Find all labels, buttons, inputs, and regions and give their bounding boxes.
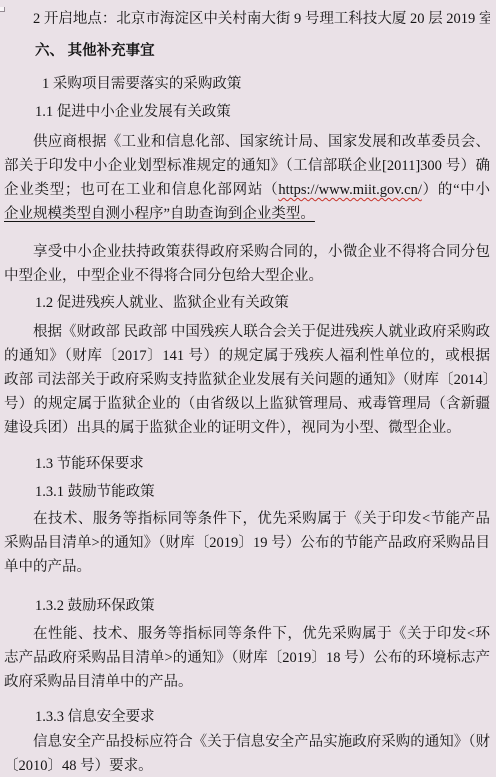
subcontracting-rule-paragraph-line: 中型企业，中型企业不得将合同分包给大型企业。	[4, 264, 490, 288]
text-run: 1.3.3 信息安全要求	[35, 709, 155, 725]
env-protection-policy-heading: 1.3.2 鼓励环保政策	[4, 594, 490, 618]
energy-saving-policy-paragraph-line: 采购品目清单>的通知》（财库〔2019〕19 号）公布的节能产品政府采购品目清	[4, 531, 490, 555]
text-run: 〔2010〕48 号）要求。	[4, 758, 153, 774]
sme-policy-heading-line: 1.1 促进中小企业发展有关政策	[4, 100, 490, 124]
text-run: 在性能、技术、服务等指标同等条件下，优先采购属于《关于印发<环境标	[4, 626, 490, 646]
energy-saving-policy-paragraph-line: 单中的产品。	[4, 555, 490, 579]
opening-location-line: 2 开启地点：北京市海淀区中关村南大街 9 号理工科技大厦 20 层 2019 …	[4, 7, 490, 31]
energy-saving-policy-heading-line: 1.3.1 鼓励节能政策	[4, 480, 490, 504]
procurement-policy-heading: 1 采购项目需要落实的采购政策	[4, 72, 490, 96]
text-run: 企业规模类型自测小程序”自助查询到企业类型。	[4, 206, 315, 222]
text-run: 的通知》（财库〔2017〕141 号）的规定属于残疾人福利性单位的，或根据《财	[4, 348, 490, 368]
info-security-paragraph-line: 信息安全产品投标应符合《关于信息安全产品实施政府采购的通知》（财库	[4, 730, 490, 754]
energy-saving-policy-paragraph-line: 在技术、服务等指标同等条件下，优先采购属于《关于印发<节能产品政府	[4, 507, 490, 531]
env-protection-policy-paragraph-line: 志产品政府采购品目清单>的通知》（财库〔2019〕18 号）公布的环境标志产品	[4, 646, 490, 670]
sme-policy-heading: 1.1 促进中小企业发展有关政策	[4, 100, 490, 124]
disabled-prison-policy-heading-line: 1.2 促进残疾人就业、监狱企业有关政策	[4, 291, 490, 315]
env-protection-policy-paragraph: 在性能、技术、服务等指标同等条件下，优先采购属于《关于印发<环境标志产品政府采购…	[4, 622, 490, 694]
sme-policy-paragraph-line: 企业规模类型自测小程序”自助查询到企业类型。	[4, 202, 490, 226]
text-run: 1.2 促进残疾人就业、监狱企业有关政策	[35, 295, 289, 311]
subcontracting-rule-paragraph: 享受中小企业扶持政策获得政府采购合同的，小微企业不得将合同分包给大中型企业，中型…	[4, 240, 490, 288]
text-run: 建设兵团）出具的属于监狱企业的证明文件），视同为小型、微型企业。	[4, 420, 461, 436]
text-run: 中型企业，中型企业不得将合同分包给大型企业。	[4, 268, 323, 284]
text-run: 根据《财政部 民政部 中国残疾人联合会关于促进残疾人就业政府采购政策	[4, 324, 490, 344]
text-run: 六、 其他补充事宜	[35, 43, 155, 59]
info-security-heading: 1.3.3 信息安全要求	[4, 705, 490, 729]
energy-saving-policy-heading: 1.3.1 鼓励节能政策	[4, 480, 490, 504]
window-corner-fragment	[0, 7, 5, 12]
text-run: 采购品目清单>的通知》（财库〔2019〕19 号）公布的节能产品政府采购品目清	[4, 535, 490, 555]
text-run: ）的“中小	[422, 182, 490, 198]
info-security-paragraph: 信息安全产品投标应符合《关于信息安全产品实施政府采购的通知》（财库〔2010〕4…	[4, 730, 490, 777]
energy-env-requirements-heading: 1.3 节能环保要求	[4, 452, 490, 476]
info-security-paragraph-line: 〔2010〕48 号）要求。	[4, 754, 490, 777]
sme-policy-paragraph-line: 部关于印发中小企业划型标准规定的通知》（工信部联企业[2011]300 号）确定	[4, 154, 490, 178]
text-run: 信息安全产品投标应符合《关于信息安全产品实施政府采购的通知》（财库	[4, 734, 490, 754]
disabled-prison-policy-heading: 1.2 促进残疾人就业、监狱企业有关政策	[4, 291, 490, 315]
disabled-prison-policy-paragraph-line: 号）的规定属于监狱企业的（由省级以上监狱管理局、戒毒管理局（含新疆生产	[4, 392, 490, 416]
env-protection-policy-paragraph-line: 在性能、技术、服务等指标同等条件下，优先采购属于《关于印发<环境标	[4, 622, 490, 646]
info-security-heading-line: 1.3.3 信息安全要求	[4, 705, 490, 729]
text-run: 单中的产品。	[4, 559, 91, 575]
text-run: 企业类型；也可在工业和信息化部网站（	[4, 182, 278, 198]
text-run: 1.3.1 鼓励节能政策	[35, 484, 155, 500]
text-run: 1.3 节能环保要求	[35, 456, 144, 472]
text-run: 享受中小企业扶持政策获得政府采购合同的，小微企业不得将合同分包给大	[4, 244, 490, 264]
text-run: 政府采购品目清单中的产品。	[4, 674, 193, 690]
text-run: 1.1 促进中小企业发展有关政策	[35, 104, 231, 120]
disabled-prison-policy-paragraph-line: 的通知》（财库〔2017〕141 号）的规定属于残疾人福利性单位的，或根据《财	[4, 344, 490, 368]
text-run: 1.3.2 鼓励环保政策	[35, 598, 155, 614]
section-heading-other-matters: 六、 其他补充事宜	[4, 39, 490, 63]
text-run: 1 采购项目需要落实的采购政策	[42, 76, 241, 92]
text-run: 政部 司法部关于政府采购支持监狱企业发展有关问题的通知》（财库〔2014〕68	[4, 372, 490, 392]
text-run: 在技术、服务等指标同等条件下，优先采购属于《关于印发<节能产品政府	[4, 511, 490, 531]
procurement-policy-heading-line: 1 采购项目需要落实的采购政策	[4, 72, 490, 96]
disabled-prison-policy-paragraph: 根据《财政部 民政部 中国残疾人联合会关于促进残疾人就业政府采购政策的通知》（财…	[4, 320, 490, 440]
document-page: 2 开启地点：北京市海淀区中关村南大街 9 号理工科技大厦 20 层 2019 …	[0, 7, 496, 777]
env-protection-policy-paragraph-line: 政府采购品目清单中的产品。	[4, 670, 490, 694]
text-run: 部关于印发中小企业划型标准规定的通知》（工信部联企业[2011]300 号）确定	[4, 158, 490, 178]
miit-url-text: https://www.miit.gov.cn/	[278, 182, 422, 198]
sme-policy-paragraph: 供应商根据《工业和信息化部、国家统计局、国家发展和改革委员会、财政部关于印发中小…	[4, 130, 490, 226]
subcontracting-rule-paragraph-line: 享受中小企业扶持政策获得政府采购合同的，小微企业不得将合同分包给大	[4, 240, 490, 264]
energy-saving-policy-paragraph: 在技术、服务等指标同等条件下，优先采购属于《关于印发<节能产品政府采购品目清单>…	[4, 507, 490, 579]
energy-env-requirements-heading-line: 1.3 节能环保要求	[4, 452, 490, 476]
sme-policy-paragraph-line: 企业类型；也可在工业和信息化部网站（https://www.miit.gov.c…	[4, 178, 490, 202]
disabled-prison-policy-paragraph-line: 根据《财政部 民政部 中国残疾人联合会关于促进残疾人就业政府采购政策	[4, 320, 490, 344]
document-body: 2 开启地点：北京市海淀区中关村南大街 9 号理工科技大厦 20 层 2019 …	[0, 7, 496, 777]
text-run: 志产品政府采购品目清单>的通知》（财库〔2019〕18 号）公布的环境标志产品	[4, 650, 490, 670]
text-run: 号）的规定属于监狱企业的（由省级以上监狱管理局、戒毒管理局（含新疆生产	[4, 396, 490, 416]
text-run: 供应商根据《工业和信息化部、国家统计局、国家发展和改革委员会、财政	[4, 134, 490, 154]
disabled-prison-policy-paragraph-line: 建设兵团）出具的属于监狱企业的证明文件），视同为小型、微型企业。	[4, 416, 490, 440]
opening-location-line-line: 2 开启地点：北京市海淀区中关村南大街 9 号理工科技大厦 20 层 2019 …	[4, 7, 490, 31]
disabled-prison-policy-paragraph-line: 政部 司法部关于政府采购支持监狱企业发展有关问题的通知》（财库〔2014〕68	[4, 368, 490, 392]
text-run: 2 开启地点：北京市海淀区中关村南大街 9 号理工科技大厦 20 层 2019 …	[33, 11, 490, 27]
sme-policy-paragraph-line: 供应商根据《工业和信息化部、国家统计局、国家发展和改革委员会、财政	[4, 130, 490, 154]
section-heading-other-matters-line: 六、 其他补充事宜	[4, 39, 490, 63]
env-protection-policy-heading-line: 1.3.2 鼓励环保政策	[4, 594, 490, 618]
